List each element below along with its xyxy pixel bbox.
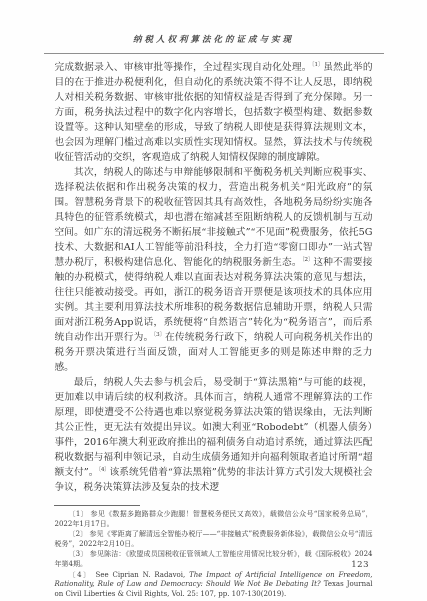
footnote-ref-marker: 〔2〕 (302, 257, 314, 263)
footnote-ref-marker: 〔4〕 (98, 467, 109, 473)
footnote-separator (54, 505, 140, 506)
body-paragraph-3: 最后，纳税人失去参与机会后，易受制于“算法黑箱”与可能的歧视，更加难以申请后续的… (55, 375, 373, 495)
body-paragraph-1: 完成数据录入、审核审批等操作，全过程实现自动化处理。〔1〕虽然此举的目的在于推进… (55, 60, 373, 165)
document-page: 纳税人权利算法化的证成与实现 完成数据录入、审核审批等操作，全过程实现自动化处理… (0, 0, 427, 601)
footnote-ref-marker: 〔3〕 (153, 332, 165, 338)
footnote-2: 〔2〕 参见《零距离了解清远全智能办税厅——“非接触式”税费服务新体验》，载微信… (55, 530, 373, 549)
header-rule (44, 53, 384, 54)
body-text: 完成数据录入、审核审批等操作，全过程实现自动化处理。〔1〕虽然此举的目的在于推进… (55, 60, 373, 495)
footnote-3: 〔3〕 参见陈洁：《欧盟成员国税收征管领域人工智能应用情况比较分析》，载《国际税… (55, 550, 373, 569)
running-header-title: 纳税人权利算法化的证成与实现 (0, 0, 427, 45)
italic-title-text: The Impact of Artificial Intelligence on… (55, 571, 373, 589)
body-paragraph-2: 其次，纳税人的陈述与申辩能够限制和平衡税务机关判断应税事实、选择税法依据和作出税… (55, 165, 373, 375)
page-number: 123 (351, 560, 369, 570)
footnotes-section: 〔1〕 参见《数据多跑路群众少跑腿！智慧税务便民又高效》，载微信公众号“国家税务… (55, 510, 373, 599)
footnote-ref-marker: 〔1〕 (312, 62, 324, 68)
footnote-4: 〔4〕 See Ciprian N. Radavoi, The Impact o… (55, 571, 373, 600)
footnote-1: 〔1〕 参见《数据多跑路群众少跑腿！智慧税务便民又高效》，载微信公众号“国家税务… (55, 510, 373, 529)
